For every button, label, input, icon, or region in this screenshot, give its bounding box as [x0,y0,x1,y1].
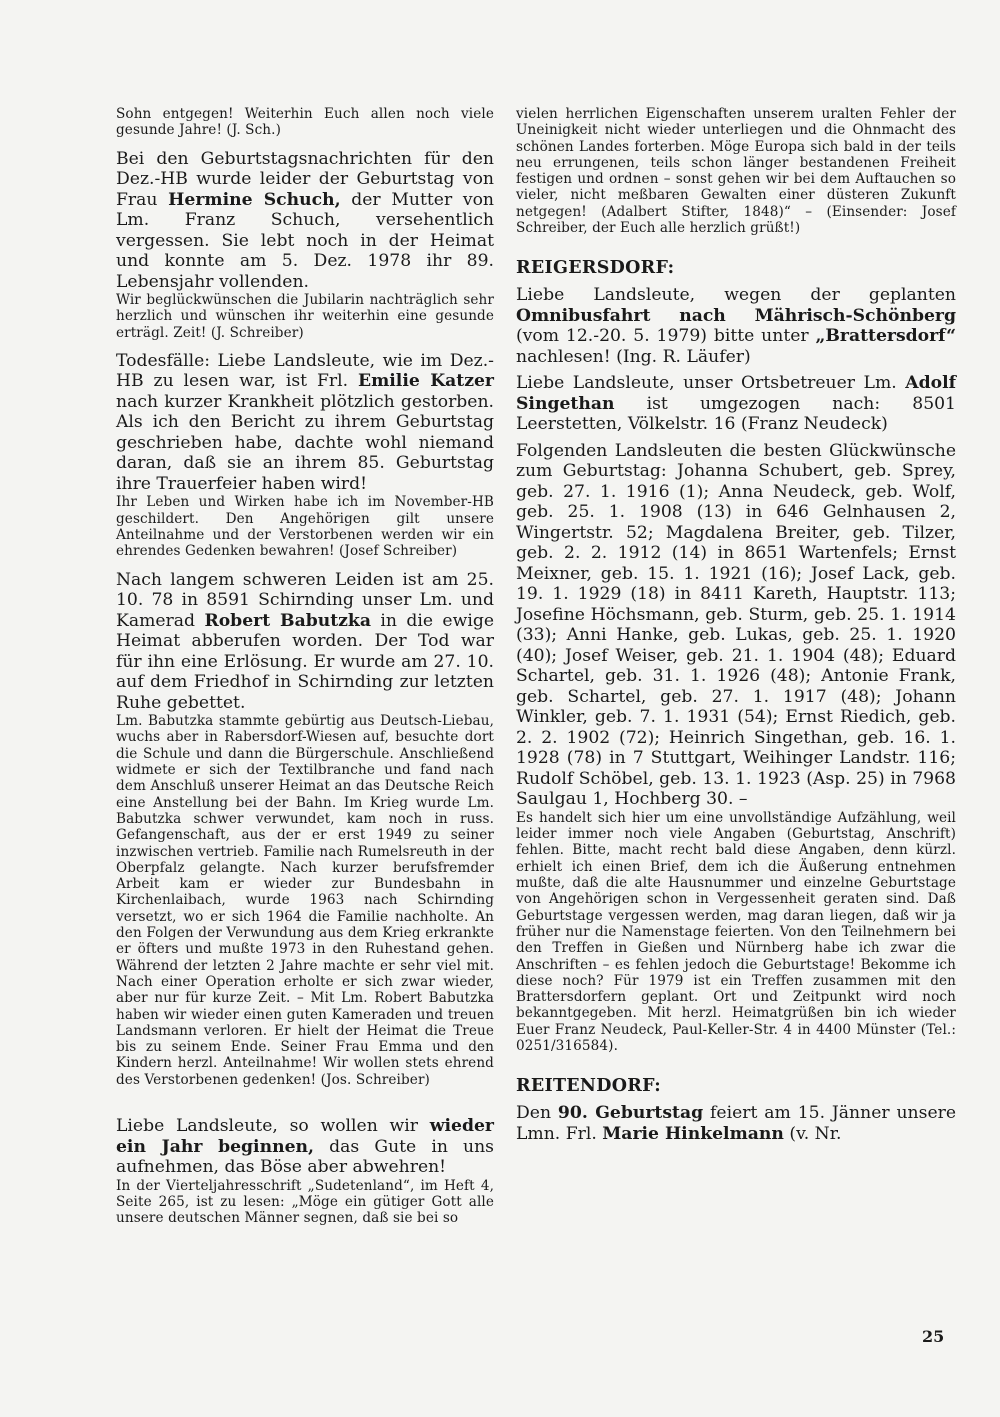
paragraph-condolence-katzer: Ihr Leben und Wirken habe ich im Novembe… [116,494,494,559]
paragraph-death-katzer: Todesfälle: Liebe Landsleute, wie im Dez… [116,351,494,495]
paragraph-congratulation: Wir beglückwünschen die Jubilarin nachtr… [116,292,494,341]
name-hermine-schuch: Hermine Schuch, [168,190,340,210]
section-heading-reitendorf: REITENDORF: [516,1076,956,1096]
paragraph-death-babutzka: Nach langem schweren Leiden ist am 25. 1… [116,570,494,714]
paragraph-birthday-list: Folgenden Landsleuten die besten Glückwü… [516,441,956,810]
paragraph-stifter-quote: vielen herrlichen Eigenschaften unserem … [516,106,956,236]
page-number: 25 [922,1327,944,1346]
name-emilie-katzer: Emilie Katzer [358,371,494,391]
emphasis-brattersdorf: „Brattersdorf“ [815,326,956,346]
paragraph-sudetenland-quote: In der Vierteljahresschrift „Sudetenland… [116,1178,494,1227]
paragraph-birthday-correction: Bei den Geburtstagsnachrichten für den D… [116,149,494,293]
paragraph-address-change: Liebe Landsleute, unser Ortsbetreuer Lm.… [516,373,956,435]
emphasis-bus-trip: Omnibusfahrt nach Mährisch-Schönberg [516,306,956,326]
right-column: vielen herrlichen Eigenschaften unserem … [516,106,956,1144]
document-page: Sohn entgegen! Weiterhin Euch allen noch… [0,0,1000,1417]
paragraph-missing-data-appeal: Es handelt sich hier um eine unvollständ… [516,810,956,1054]
emphasis-90th-birthday: 90. Geburtstag [558,1103,703,1123]
paragraph-babutzka-biography: Lm. Babutzka stammte gebürtig aus Deutsc… [116,713,494,1088]
name-robert-babutzka: Robert Babutzka [204,611,371,631]
paragraph-90th-birthday: Den 90. Geburtstag feiert am 15. Jänner … [516,1103,956,1144]
paragraph-greeting-end: Sohn entgegen! Weiterhin Euch allen noch… [116,106,494,139]
paragraph-bus-trip: Liebe Landsleute, wegen der geplanten Om… [516,285,956,367]
left-column: Sohn entgegen! Weiterhin Euch allen noch… [116,106,494,1226]
name-marie-hinkelmann: Marie Hinkelmann [602,1124,784,1144]
paragraph-new-year: Liebe Landsleute, so wollen wir wieder e… [116,1116,494,1178]
section-heading-reigersdorf: REIGERSDORF: [516,258,956,278]
